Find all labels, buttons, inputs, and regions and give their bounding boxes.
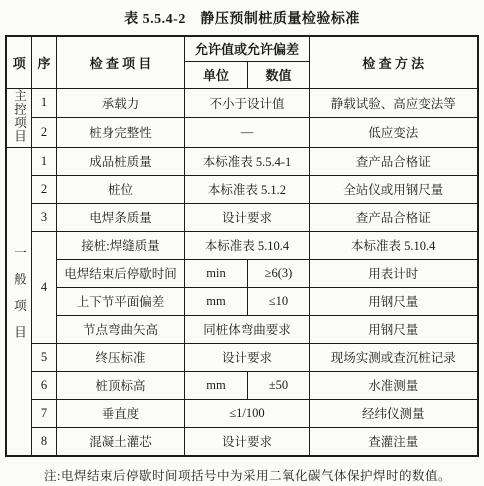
- col-header-value: 数值: [247, 61, 309, 88]
- table-row: 一般项目 1 成品桩质量 本标准表 5.5.4-1 查产品合格证: [6, 147, 477, 175]
- cell-method: 查产品合格证: [310, 147, 478, 175]
- cell-item: 桩位: [56, 175, 184, 203]
- footnote: 注:电焊结束后停歇时间项括号中为采用二氧化碳气体保护焊时的数值。: [44, 466, 476, 484]
- cell-seq: 1: [31, 88, 56, 118]
- table-row: 上下节平面偏差 mm ≤10 用钢尺量: [6, 287, 477, 315]
- cell-method: 水准测量: [310, 371, 478, 399]
- table-title: 表 5.5.4-2 静压预制桩质量检验标准: [0, 0, 484, 28]
- cell-allowed: 设计要求: [184, 427, 309, 456]
- cell-allowed: 设计要求: [184, 343, 309, 371]
- cell-seq: 1: [31, 147, 56, 175]
- table-row: 7 垂直度 ≤1/100 经纬仪测量: [6, 399, 477, 427]
- table-row: 2 桩位 本标准表 5.1.2 全站仪或用钢尺量: [6, 175, 477, 203]
- cell-seq: 2: [31, 118, 56, 148]
- cell-group-general: 一般项目: [6, 147, 31, 456]
- cell-item: 接桩:焊缝质量: [56, 231, 184, 259]
- col-header-method: 检 查 方 法: [310, 36, 478, 88]
- table-row: 节点弯曲矢高 同桩体弯曲要求 用钢尺量: [6, 315, 477, 343]
- cell-item: 电焊条质量: [56, 203, 184, 231]
- cell-item: 混凝土灌芯: [56, 427, 184, 456]
- table-row: 8 混凝土灌芯 设计要求 查灌注量: [6, 427, 477, 456]
- cell-allowed: 不小于设计值: [184, 88, 309, 118]
- cell-allowed: —: [184, 118, 309, 148]
- cell-method: 现场实测或查沉桩记录: [310, 343, 478, 371]
- table-row: 5 终压标准 设计要求 现场实测或查沉桩记录: [6, 343, 477, 371]
- table-row: 电焊结束后停歇时间 min ≥6(3) 用表计时: [6, 259, 477, 287]
- cell-allowed: 本标准表 5.1.2: [184, 175, 309, 203]
- table-row: 主控项目 1 承载力 不小于设计值 静载试验、高应变法等: [6, 88, 477, 118]
- cell-method: 用钢尺量: [310, 287, 478, 315]
- cell-value: ≥6(3): [247, 259, 309, 287]
- cell-seq: 2: [31, 175, 56, 203]
- cell-method: 用钢尺量: [310, 315, 478, 343]
- cell-seq: 3: [31, 203, 56, 231]
- cell-allowed: 本标准表 5.5.4-1: [184, 147, 309, 175]
- cell-item: 成品桩质量: [56, 147, 184, 175]
- document-page: 表 5.5.4-2 静压预制桩质量检验标准 项 序 检 查 项 目 允许值或允许…: [0, 0, 484, 486]
- table-row: 6 桩顶标高 mm ±50 水准测量: [6, 371, 477, 399]
- col-header-seq: 序: [31, 36, 56, 88]
- col-header-inspect-item: 检 查 项 目: [56, 36, 184, 88]
- cell-allowed: ≤1/100: [184, 399, 309, 427]
- cell-seq: 4: [31, 231, 56, 343]
- cell-group-main: 主控项目: [6, 88, 31, 147]
- table-row: 3 电焊条质量 设计要求 查产品合格证: [6, 203, 477, 231]
- col-header-allowed: 允许值或允许偏差: [184, 36, 309, 61]
- cell-method: 本标准表 5.10.4: [310, 231, 478, 259]
- cell-item: 垂直度: [56, 399, 184, 427]
- cell-allowed: 同桩体弯曲要求: [184, 315, 309, 343]
- group-label-general: 一般项目: [13, 246, 26, 352]
- cell-item: 桩顶标高: [56, 371, 184, 399]
- col-header-unit: 单位: [184, 61, 247, 88]
- cell-method: 静载试验、高应变法等: [310, 88, 478, 118]
- cell-unit: min: [184, 259, 247, 287]
- cell-method: 查产品合格证: [310, 203, 478, 231]
- cell-seq: 5: [31, 343, 56, 371]
- cell-item: 桩身完整性: [56, 118, 184, 148]
- table-row: 4 接桩:焊缝质量 本标准表 5.10.4 本标准表 5.10.4: [6, 231, 477, 259]
- col-header-item: 项: [6, 36, 31, 88]
- cell-allowed: 本标准表 5.10.4: [184, 231, 309, 259]
- cell-method: 全站仪或用钢尺量: [310, 175, 478, 203]
- cell-method: 用表计时: [310, 259, 478, 287]
- header-row-1: 项 序 检 查 项 目 允许值或允许偏差 检 查 方 法: [6, 36, 477, 61]
- cell-unit: mm: [184, 371, 247, 399]
- cell-item: 终压标准: [56, 343, 184, 371]
- cell-method: 经纬仪测量: [310, 399, 478, 427]
- cell-value: ≤10: [247, 287, 309, 315]
- cell-seq: 8: [31, 427, 56, 456]
- cell-seq: 6: [31, 371, 56, 399]
- cell-item: 电焊结束后停歇时间: [56, 259, 184, 287]
- cell-item: 承载力: [56, 88, 184, 118]
- inspection-standard-table: 项 序 检 查 项 目 允许值或允许偏差 检 查 方 法 单位 数值 主控项目 …: [5, 35, 478, 457]
- cell-method: 查灌注量: [310, 427, 478, 456]
- cell-method: 低应变法: [310, 118, 478, 148]
- cell-value: ±50: [247, 371, 309, 399]
- cell-seq: 7: [31, 399, 56, 427]
- group-label-main: 主控项目: [13, 89, 26, 143]
- cell-item: 节点弯曲矢高: [56, 315, 184, 343]
- table-row: 2 桩身完整性 — 低应变法: [6, 118, 477, 148]
- cell-unit: mm: [184, 287, 247, 315]
- cell-allowed: 设计要求: [184, 203, 309, 231]
- cell-item: 上下节平面偏差: [56, 287, 184, 315]
